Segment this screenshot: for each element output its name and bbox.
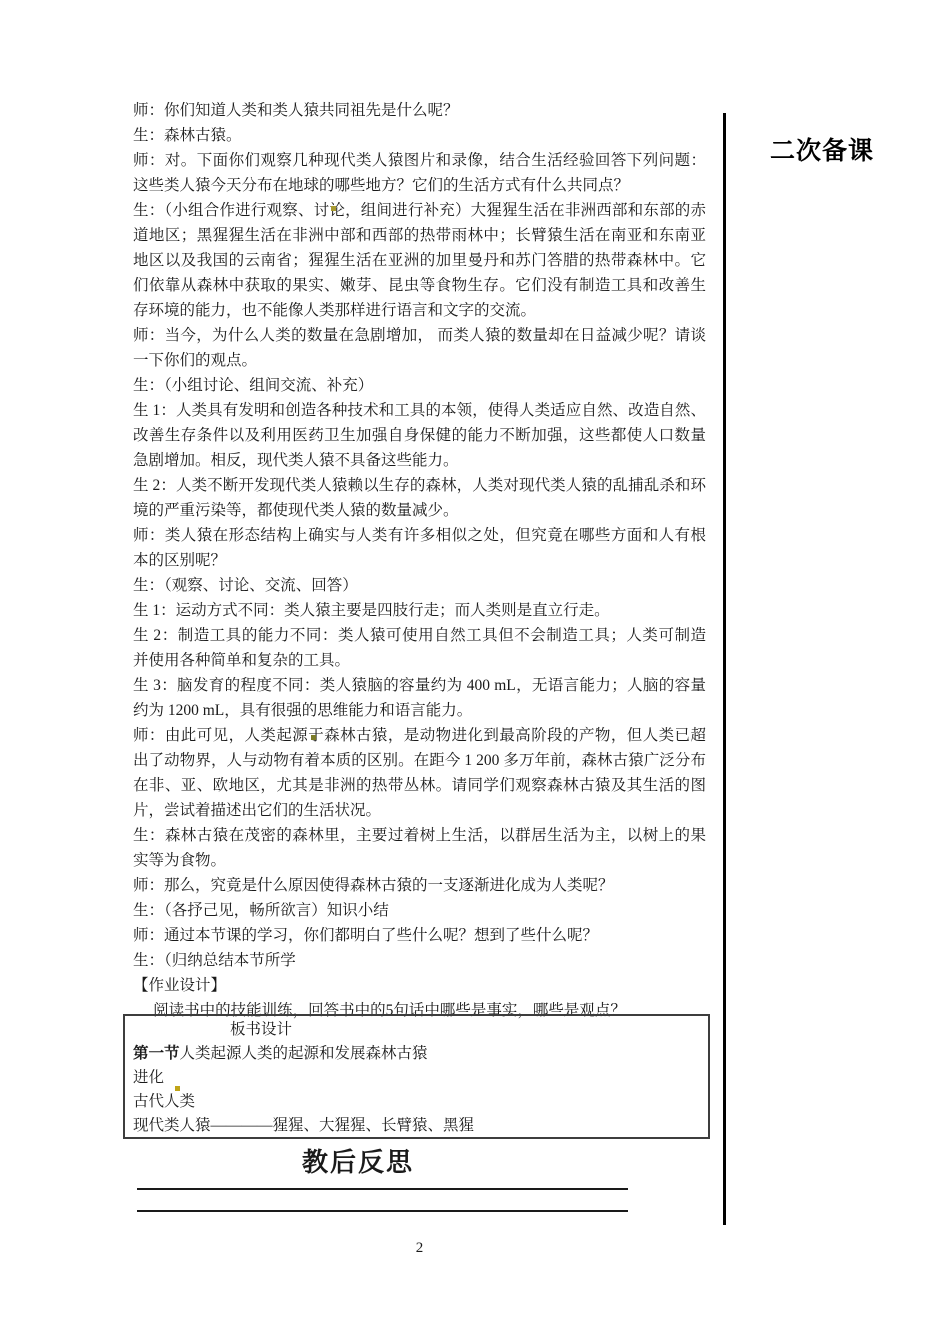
stray-mark — [175, 1086, 180, 1091]
board-design-line: 现代类人猿————猩猩、大猩猩、长臂猿、黑猩 — [133, 1114, 704, 1138]
lesson-dialogue: 师：你们知道人类和类人猿共同祖先是什么呢？ 生：森林古猿。 师：对。下面你们观察… — [133, 98, 706, 1023]
board-design-box: 板书设计 第一节人类起源人类的起源和发展森林古猿 进化 古代人类 现代类人猿——… — [123, 1014, 710, 1139]
stray-mark — [331, 206, 336, 211]
dialogue-paragraph: 生：森林古猿在茂密的森林里，主要过着树上生活，以群居生活为主，以树上的果实等为食… — [133, 823, 706, 873]
page-number: 2 — [133, 1240, 706, 1257]
dialogue-paragraph: 师：当今，为什么人类的数量在急剧增加， 而类人猿的数量却在日益减少呢？请谈一下你… — [133, 323, 706, 373]
margin-divider-line — [723, 113, 726, 1225]
stray-mark — [311, 735, 316, 740]
document-page: 师：你们知道人类和类人猿共同祖先是什么呢？ 生：森林古猿。 师：对。下面你们观察… — [0, 0, 950, 1344]
board-design-line: 第一节人类起源人类的起源和发展森林古猿 — [133, 1042, 704, 1066]
dialogue-paragraph: 生：森林古猿。 — [133, 123, 706, 148]
dialogue-paragraph: 生：（小组讨论、组间交流、补充） — [133, 373, 706, 398]
dialogue-paragraph: 生 2：人类不断开发现代类人猿赖以生存的森林，人类对现代类人猿的乱捕乱杀和环境的… — [133, 473, 706, 523]
dialogue-paragraph: 师：通过本节课的学习，你们都明白了些什么呢？想到了些什么呢？ — [133, 923, 706, 948]
dialogue-paragraph: 师：你们知道人类和类人猿共同祖先是什么呢？ — [133, 98, 706, 123]
dialogue-paragraph: 生 1：人类具有发明和创造各种技术和工具的本领，使得人类适应自然、改造自然、改善… — [133, 398, 706, 473]
dialogue-paragraph: 师：由此可见，人类起源于森林古猿，是动物进化到最高阶段的产物，但人类已超出了动物… — [133, 723, 706, 823]
dialogue-paragraph: 生：（归纳总结本节所学 — [133, 948, 706, 973]
homework-section-header: 【作业设计】 — [133, 973, 706, 998]
reflection-heading: 教后反思 — [283, 1142, 433, 1179]
dialogue-paragraph: 生：（观察、讨论、交流、回答） — [133, 573, 706, 598]
board-design-title: 板书设计 — [133, 1018, 704, 1042]
dialogue-paragraph: 师：那么，究竟是什么原因使得森林古猿的一支逐渐进化成为人类呢？ — [133, 873, 706, 898]
dialogue-paragraph: 生：（各抒己见，畅所欲言）知识小结 — [133, 898, 706, 923]
reflection-writing-line — [137, 1210, 628, 1212]
dialogue-paragraph: 生 1：运动方式不同：类人猿主要是四肢行走；而人类则是直立行走。 — [133, 598, 706, 623]
dialogue-paragraph: 生 2：制造工具的能力不同：类人猿可使用自然工具但不会制造工具；人类可制造 并使… — [133, 623, 706, 673]
board-section-text: 人类起源人类的起源和发展森林古猿 — [180, 1045, 428, 1062]
dialogue-paragraph: 师：对。下面你们观察几种现代类人猿图片和录像，结合生活经验回答下列问题：这些类人… — [133, 148, 706, 198]
board-section-label: 第一节 — [133, 1045, 180, 1062]
board-design-line: 古代人类 — [133, 1090, 704, 1114]
board-design-line: 进化 — [133, 1066, 704, 1090]
dialogue-paragraph: 生：（小组合作进行观察、讨论，组间进行补充）大猩猩生活在非洲西部和东部的赤道地区… — [133, 198, 706, 323]
secondary-prep-label: 二次备课 — [770, 131, 874, 167]
dialogue-paragraph: 师：类人猿在形态结构上确实与人类有许多相似之处，但究竟在哪些方面和人有根本的区别… — [133, 523, 706, 573]
reflection-writing-line — [137, 1188, 628, 1190]
dialogue-paragraph: 生 3：脑发育的程度不同：类人猿脑的容量约为 400 mL，无语言能力；人脑的容… — [133, 673, 706, 723]
